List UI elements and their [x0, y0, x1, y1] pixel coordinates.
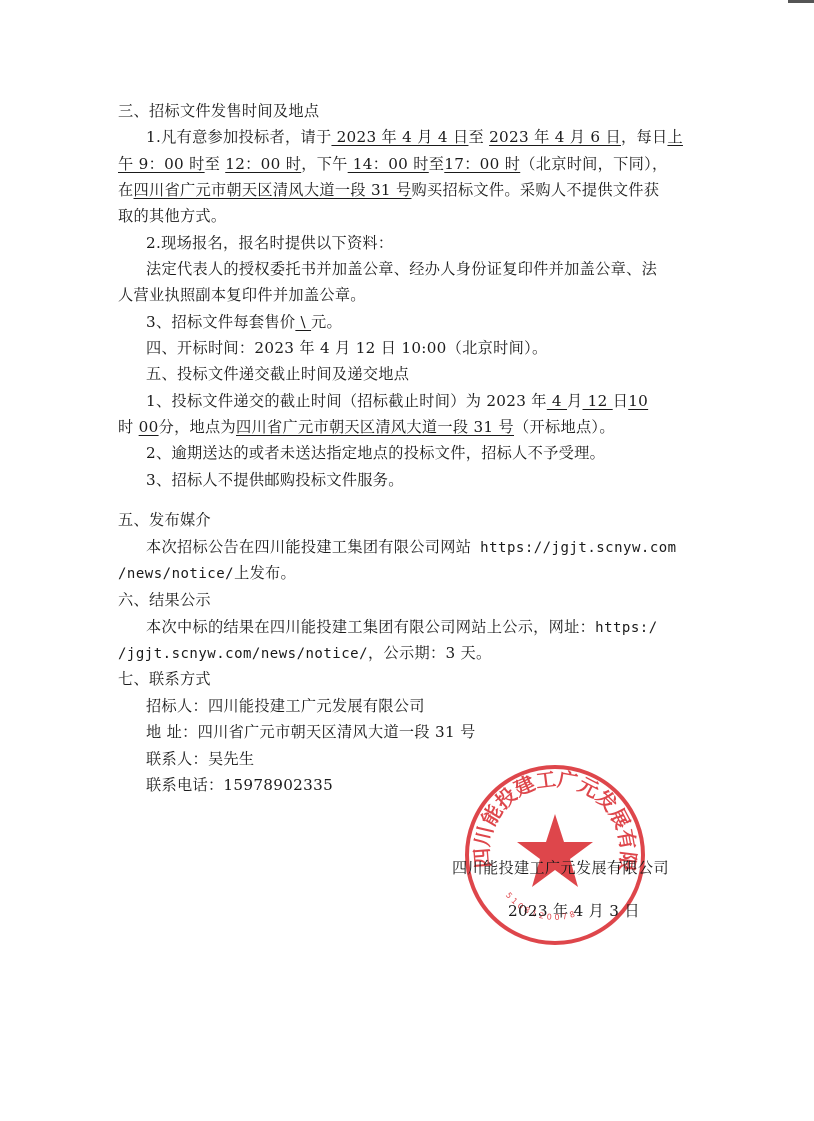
text: 元。	[311, 313, 342, 331]
result-url: https:/	[595, 620, 658, 636]
sec5-item3: 3、招标人不提供邮购投标文件服务。	[146, 470, 404, 490]
submission-address: 四川省广元市朝天区清风大道一段 31 号	[236, 418, 514, 436]
sec3-item1-line4: 取的其他方式。	[118, 206, 226, 226]
sec3-item2-line1: 2.现场报名，报名时提供以下资料：	[146, 233, 393, 253]
text: 1、投标文件递交的截止时间（招标截止时间）为 2023 年	[146, 392, 547, 410]
sec5-item1-line1: 1、投标文件递交的截止时间（招标截止时间）为 2023 年 4 月 12 日10	[146, 391, 648, 411]
result-line1: 本次中标的结果在四川能投建工集团有限公司网站上公示，网址：https:/	[146, 617, 658, 638]
text: 上发布。	[234, 564, 296, 582]
text: 在	[118, 181, 134, 199]
text: 月	[567, 392, 583, 410]
media-line1: 本次招标公告在四川能投建工集团有限公司网站 https://jgjt.scnyw…	[146, 537, 677, 558]
text: 日	[613, 392, 629, 410]
text: ，公示期：3 天。	[368, 644, 492, 662]
sec3-item3: 3、招标文件每套售价 \ 元。	[146, 312, 342, 332]
text: ，每日	[621, 128, 667, 146]
text: （北京时间，下同），	[520, 155, 667, 173]
morning-end: 12：00 时	[225, 155, 301, 173]
deadline-hour: 10	[628, 392, 648, 410]
sec3-item2-line2: 法定代表人的授权委托书并加盖公章、经办人身份证复印件并加盖公章、法	[146, 259, 657, 279]
sale-address: 四川省广元市朝天区清风大道一段 31 号	[134, 181, 412, 199]
media-url: https://jgjt.scnyw.com	[471, 540, 676, 556]
section-4-bid-opening: 四、开标时间：2023 年 4 月 12 日 10:00（北京时间）。	[146, 338, 547, 358]
text: ，下午	[301, 155, 347, 173]
text: （开标地点）。	[514, 418, 615, 436]
section-7-heading: 七、联系方式	[118, 669, 211, 689]
text: 本次中标的结果在四川能投建工集团有限公司网站上公示，网址：	[146, 618, 595, 636]
sale-start-date: 2023 年 4 月 4 日	[331, 128, 468, 146]
media-url-cont: /news/notice/	[118, 566, 234, 582]
contact-person: 联系人：吴先生	[146, 749, 254, 769]
text: 时	[118, 418, 134, 436]
text: 分，地点为	[159, 418, 236, 436]
contact-phone: 联系电话：15978902335	[146, 775, 333, 795]
text: 至	[205, 155, 226, 173]
sec5-item1-line2: 时 00分，地点为四川省广元市朝天区清风大道一段 31 号（开标地点）。	[118, 417, 615, 437]
section-6-heading: 六、结果公示	[118, 590, 211, 610]
contact-tenderer: 招标人：四川能投建工广元发展有限公司	[146, 696, 425, 716]
sec3-item1-line2: 午 9：00 时至 12：00 时，下午 14：00 时至17：00 时（北京时…	[118, 154, 668, 174]
deadline-day: 12	[583, 392, 613, 410]
sec3-item1-line3: 在四川省广元市朝天区清风大道一段 31 号购买招标文件。采购人不提供文件获	[118, 180, 659, 200]
contact-address: 地 址：四川省广元市朝天区清风大道一段 31 号	[146, 722, 476, 742]
section-media-heading: 五、发布媒介	[118, 510, 211, 530]
media-line2: /news/notice/上发布。	[118, 563, 296, 584]
document-page: 三、招标文件发售时间及地点 1.凡有意参加投标者，请于 2023 年 4 月 4…	[0, 0, 814, 1121]
section-3-heading: 三、招标文件发售时间及地点	[118, 101, 319, 121]
text: 3、招标文件每套售价	[146, 313, 295, 331]
scan-corner-mark	[788, 0, 814, 3]
text: 1.凡有意参加投标者，请于	[146, 128, 331, 146]
text: 至	[429, 155, 445, 173]
text: 上	[667, 128, 683, 146]
sec5-item2: 2、逾期送达的或者未送达指定地点的投标文件，招标人不予受理。	[146, 443, 605, 463]
text: 本次招标公告在四川能投建工集团有限公司网站	[146, 538, 471, 556]
afternoon-end: 17：00 时	[444, 155, 520, 173]
signature-company: 四川能投建工广元发展有限公司	[452, 857, 669, 878]
afternoon-start: 14：00 时	[348, 155, 429, 173]
deadline-month: 4	[547, 392, 567, 410]
text: 购买招标文件。采购人不提供文件获	[411, 181, 659, 199]
result-url-cont: /jgjt.scnyw.com/news/notice/	[118, 646, 368, 662]
text: 至	[468, 128, 489, 146]
sec3-item1-line1: 1.凡有意参加投标者，请于 2023 年 4 月 4 日至 2023 年 4 月…	[146, 127, 683, 147]
section-5-heading: 五、投标文件递交截止时间及递交地点	[146, 364, 409, 384]
signature-date: 2023 年 4 月 3 日	[508, 900, 640, 921]
deadline-minute: 00	[139, 418, 159, 436]
sale-end-date: 2023 年 4 月 6 日	[489, 128, 621, 146]
morning-start: 午 9：00 时	[118, 155, 205, 173]
result-line2: /jgjt.scnyw.com/news/notice/，公示期：3 天。	[118, 643, 492, 664]
sec3-item2-line3: 人营业执照副本复印件并加盖公章。	[118, 285, 366, 305]
document-price: \	[295, 313, 311, 331]
